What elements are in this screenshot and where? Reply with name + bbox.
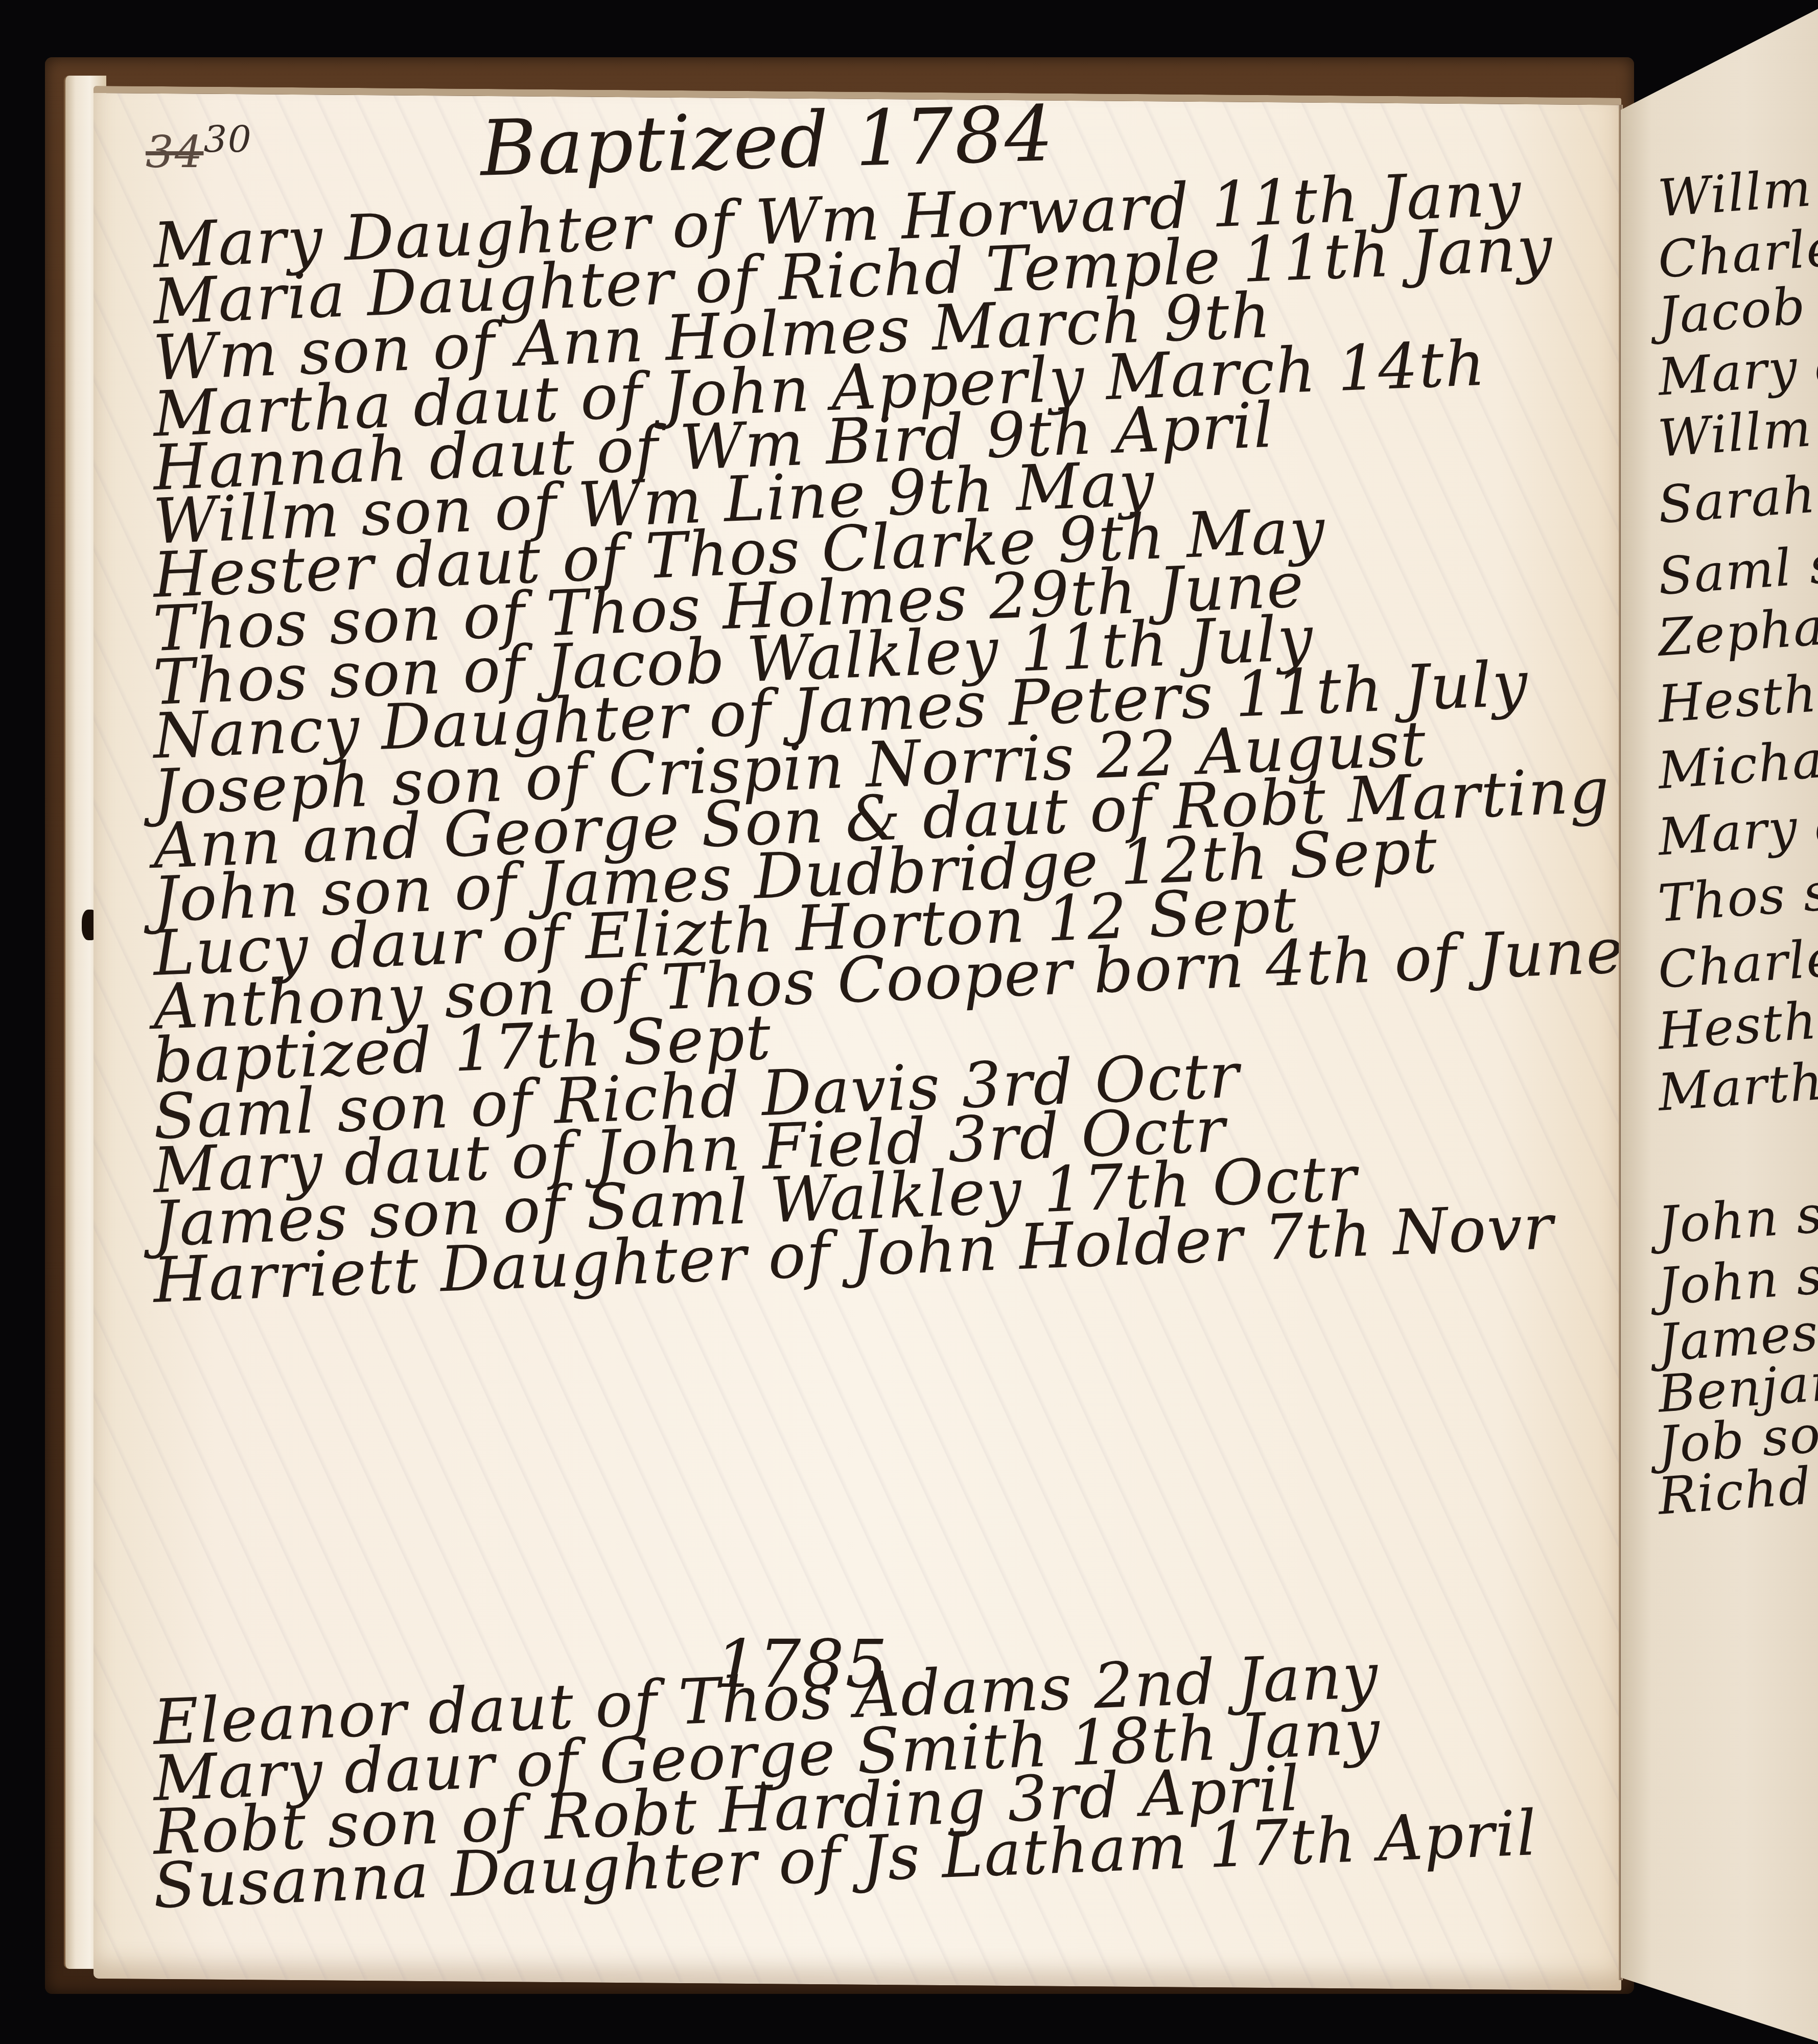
page-number: 3430	[146, 118, 252, 178]
page-number-new: 30	[203, 118, 252, 160]
page-number-old: 34	[146, 127, 203, 178]
